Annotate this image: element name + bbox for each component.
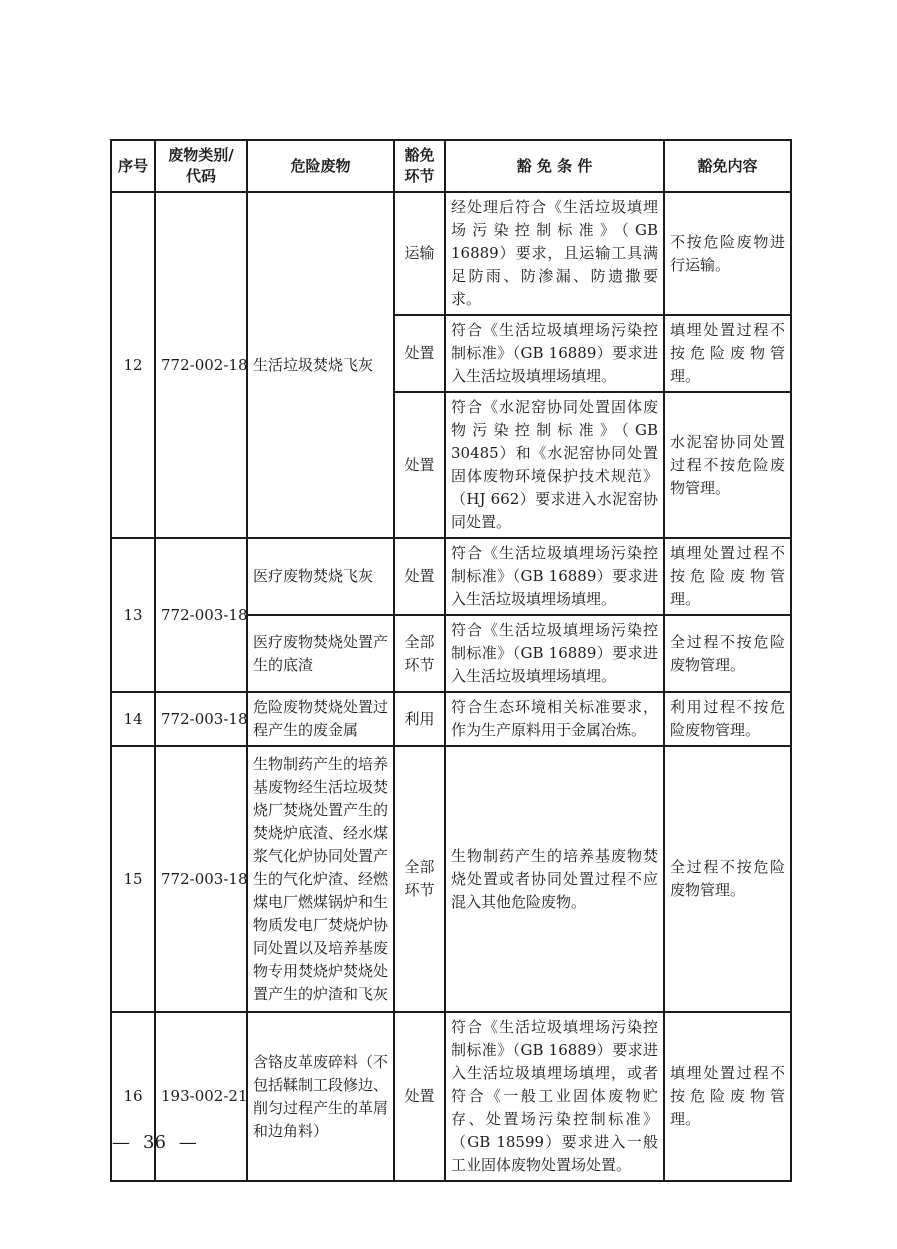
footer-right-dash: — bbox=[179, 1132, 197, 1153]
cell-waste-code: 772-003-18 bbox=[155, 538, 247, 692]
exemption-table: 序号 废物类别/ 代码 危险废物 豁免 环节 豁 免 条 件 豁免内容 12 7… bbox=[110, 139, 792, 1182]
cell-exemption-condition: 生物制药产生的培养基废物焚烧处置或者协同处置过程不应混入其他危险废物。 bbox=[445, 746, 664, 1012]
col-header-exemption-stage: 豁免 环节 bbox=[394, 140, 445, 192]
cell-exemption-condition: 符合《生活垃圾填埋场污染控制标准》（GB 16889）要求进入生活垃圾填埋场填埋… bbox=[445, 315, 664, 392]
cell-exemption-condition: 符合生态环境相关标准要求，作为生产原料用于金属冶炼。 bbox=[445, 692, 664, 746]
table-row: 16 193-002-21 含铬皮革废碎料（不包括鞣制工段修边、削匀过程产生的革… bbox=[111, 1012, 791, 1181]
cell-serial: 12 bbox=[111, 192, 155, 538]
cell-exemption-content: 填埋处置过程不按危险废物管理。 bbox=[664, 315, 791, 392]
table-row: 13 772-003-18 医疗废物焚烧飞灰 处置 符合《生活垃圾填埋场污染控制… bbox=[111, 538, 791, 615]
footer-left-dash: — bbox=[112, 1132, 130, 1153]
table-row: 14 772-003-18 危险废物焚烧处置过程产生的废金属 利用 符合生态环境… bbox=[111, 692, 791, 746]
cell-exemption-content: 填埋处置过程不按危险废物管理。 bbox=[664, 1012, 791, 1181]
cell-exemption-condition: 符合《生活垃圾填埋场污染控制标准》（GB 16889）要求进入生活垃圾填埋场填埋… bbox=[445, 1012, 664, 1181]
cell-hazardous-waste: 医疗废物焚烧飞灰 bbox=[247, 538, 394, 615]
cell-exemption-content: 不按危险废物进行运输。 bbox=[664, 192, 791, 315]
cell-exemption-stage: 全部环节 bbox=[394, 746, 445, 1012]
cell-hazardous-waste: 含铬皮革废碎料（不包括鞣制工段修边、削匀过程产生的革屑和边角料） bbox=[247, 1012, 394, 1181]
col-header-hazardous-waste: 危险废物 bbox=[247, 140, 394, 192]
cell-exemption-stage: 处置 bbox=[394, 1012, 445, 1181]
cell-exemption-content: 利用过程不按危险废物管理。 bbox=[664, 692, 791, 746]
cell-waste-code: 772-002-18 bbox=[155, 192, 247, 538]
cell-exemption-stage: 处置 bbox=[394, 392, 445, 538]
col-header-exemption-condition: 豁 免 条 件 bbox=[445, 140, 664, 192]
table-header-row: 序号 废物类别/ 代码 危险废物 豁免 环节 豁 免 条 件 豁免内容 bbox=[111, 140, 791, 192]
cell-exemption-condition: 经处理后符合《生活垃圾填埋场污染控制标准》（GB 16889）要求，且运输工具满… bbox=[445, 192, 664, 315]
cell-serial: 15 bbox=[111, 746, 155, 1012]
cell-exemption-stage: 利用 bbox=[394, 692, 445, 746]
cell-exemption-condition: 符合《生活垃圾填埋场污染控制标准》（GB 16889）要求进入生活垃圾填埋场填埋… bbox=[445, 538, 664, 615]
cell-waste-code: 772-003-18 bbox=[155, 692, 247, 746]
table-row: 15 772-003-18 生物制药产生的培养基废物经生活垃圾焚烧厂焚烧处置产生… bbox=[111, 746, 791, 1012]
cell-serial: 16 bbox=[111, 1012, 155, 1181]
page-number: 36 bbox=[143, 1132, 166, 1153]
cell-serial: 14 bbox=[111, 692, 155, 746]
col-header-exemption-content: 豁免内容 bbox=[664, 140, 791, 192]
document-page: 序号 废物类别/ 代码 危险废物 豁免 环节 豁 免 条 件 豁免内容 12 7… bbox=[0, 0, 897, 1249]
cell-waste-code: 193-002-21 bbox=[155, 1012, 247, 1181]
col-header-waste-code: 废物类别/ 代码 bbox=[155, 140, 247, 192]
cell-hazardous-waste: 生活垃圾焚烧飞灰 bbox=[247, 192, 394, 538]
cell-hazardous-waste: 生物制药产生的培养基废物经生活垃圾焚烧厂焚烧处置产生的焚烧炉底渣、经水煤浆气化炉… bbox=[247, 746, 394, 1012]
cell-exemption-content: 水泥窑协同处置过程不按危险废物管理。 bbox=[664, 392, 791, 538]
cell-waste-code: 772-003-18 bbox=[155, 746, 247, 1012]
cell-exemption-stage: 处置 bbox=[394, 315, 445, 392]
cell-serial: 13 bbox=[111, 538, 155, 692]
cell-exemption-content: 全过程不按危险废物管理。 bbox=[664, 615, 791, 692]
cell-exemption-condition: 符合《水泥窑协同处置固体废物污染控制标准》（GB 30485）和《水泥窑协同处置… bbox=[445, 392, 664, 538]
cell-exemption-stage: 全部环节 bbox=[394, 615, 445, 692]
cell-exemption-condition: 符合《生活垃圾填埋场污染控制标准》（GB 16889）要求进入生活垃圾填埋场填埋… bbox=[445, 615, 664, 692]
cell-exemption-stage: 运输 bbox=[394, 192, 445, 315]
cell-exemption-stage: 处置 bbox=[394, 538, 445, 615]
cell-hazardous-waste: 医疗废物焚烧处置产生的底渣 bbox=[247, 615, 394, 692]
table-row: 12 772-002-18 生活垃圾焚烧飞灰 运输 经处理后符合《生活垃圾填埋场… bbox=[111, 192, 791, 315]
cell-exemption-content: 填埋处置过程不按危险废物管理。 bbox=[664, 538, 791, 615]
cell-hazardous-waste: 危险废物焚烧处置过程产生的废金属 bbox=[247, 692, 394, 746]
page-footer: — 36 — bbox=[112, 1132, 197, 1153]
col-header-serial: 序号 bbox=[111, 140, 155, 192]
cell-exemption-content: 全过程不按危险废物管理。 bbox=[664, 746, 791, 1012]
